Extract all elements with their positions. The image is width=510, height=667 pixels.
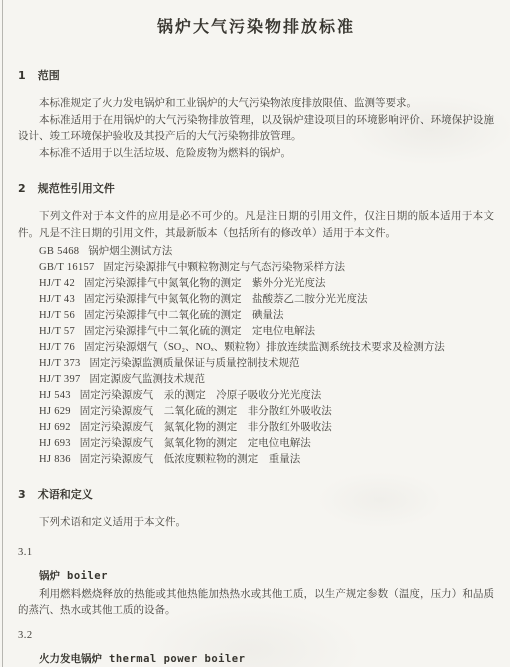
term-3-2-en: thermal power boiler (109, 653, 245, 665)
reference-title: 固定污染源排气中氮氧化物的测定 盐酸萘乙二胺分光光度法 (84, 294, 368, 305)
reference-code: GB 5468 (39, 246, 79, 257)
reference-code: HJ/T 43 (39, 294, 75, 305)
reference-item: HJ/T 56固定污染源排气中二氧化硫的测定 碘量法 (18, 308, 494, 324)
section-3-heading: 3术语和定义 (18, 486, 494, 502)
reference-item: HJ 836固定污染源废气 低浓度颗粒物的测定 重量法 (18, 452, 494, 468)
scope-paragraph-2: 本标准适用于在用锅炉的大气污染物排放管理，以及锅炉建设项目的环境影响评价、环境保… (18, 113, 494, 146)
reference-code: HJ/T 56 (39, 310, 75, 321)
reference-item: HJ 543固定污染源废气 汞的测定 冷原子吸收分光光度法 (18, 388, 494, 404)
section-2-title: 规范性引用文件 (38, 182, 115, 195)
reference-title: 固定污染源废气 二氧化硫的测定 非分散红外吸收法 (80, 406, 332, 417)
reference-title: 固定污染源废气 氮氧化物的测定 定电位电解法 (80, 438, 311, 449)
reference-code: HJ/T 57 (39, 326, 75, 337)
reference-title: 固定污染源废气 汞的测定 冷原子吸收分光光度法 (80, 390, 322, 401)
term-3-2-zh: 火力发电锅炉 (39, 653, 102, 665)
reference-title: 固定污染源排气中二氧化硫的测定 碘量法 (84, 310, 284, 321)
references-list: GB 5468锅炉烟尘测试方法 GB/T 16157固定污染源排气中颗粒物测定与… (18, 244, 494, 468)
reference-code: HJ/T 76 (39, 342, 75, 353)
term-3-1-definition: 利用燃料燃烧释放的热能或其他热能加热热水或其他工质，以生产规定参数（温度，压力）… (18, 587, 494, 620)
reference-item: HJ/T 397固定源废气监测技术规范 (18, 372, 494, 388)
reference-title: 固定污染源排气中颗粒物测定与气态污染物采样方法 (104, 262, 346, 273)
term-3-1-zh: 锅炉 (39, 570, 60, 582)
section-1-number: 1 (18, 69, 26, 82)
reference-title: 锅炉烟尘测试方法 (88, 246, 172, 257)
reference-title: 固定污染源监测质量保证与质量控制技术规范 (90, 358, 300, 369)
section-2-heading: 2规范性引用文件 (18, 180, 494, 196)
reference-code: HJ 629 (39, 406, 71, 417)
references-intro: 下列文件对于本文件的应用是必不可少的。凡是注日期的引用文件，仅注日期的版本适用于… (18, 209, 494, 242)
term-3-2: 火力发电锅炉thermal power boiler (18, 652, 494, 666)
reference-code: HJ 692 (39, 422, 71, 433)
scope-paragraph-1: 本标准规定了火力发电锅炉和工业锅炉的大气污染物浓度排放限值、监测等要求。 (18, 96, 494, 113)
reference-item: HJ/T 373固定污染源监测质量保证与质量控制技术规范 (18, 356, 494, 372)
reference-item: HJ 629固定污染源废气 二氧化硫的测定 非分散红外吸收法 (18, 404, 494, 420)
reference-title: 固定源废气监测技术规范 (90, 374, 206, 385)
page-title: 锅炉大气污染物排放标准 (18, 14, 494, 37)
section-3-number: 3 (18, 488, 26, 501)
scan-edge-line (2, 0, 3, 667)
term-number-3-1: 3.1 (18, 546, 494, 560)
section-3-title: 术语和定义 (38, 488, 93, 501)
reference-code: HJ 543 (39, 390, 71, 401)
reference-item: HJ 693固定污染源废气 氮氧化物的测定 定电位电解法 (18, 436, 494, 452)
reference-title: 固定污染源烟气（SO₂、NOₓ、颗粒物）排放连续监测系统技术要求及检测方法 (84, 342, 445, 353)
term-3-1-en: boiler (67, 570, 108, 582)
section-1-heading: 1范围 (18, 67, 494, 83)
reference-item: HJ 692固定污染源废气 氮氧化物的测定 非分散红外吸收法 (18, 420, 494, 436)
reference-code: HJ/T 373 (39, 358, 81, 369)
term-3-1: 锅炉boiler (18, 569, 494, 583)
terms-intro: 下列术语和定义适用于本文件。 (18, 515, 494, 532)
reference-item: GB/T 16157固定污染源排气中颗粒物测定与气态污染物采样方法 (18, 260, 494, 276)
reference-title: 固定污染源排气中氮氧化物的测定 紫外分光光度法 (84, 278, 326, 289)
reference-item: HJ/T 43固定污染源排气中氮氧化物的测定 盐酸萘乙二胺分光光度法 (18, 292, 494, 308)
reference-code: HJ/T 42 (39, 278, 75, 289)
section-1-title: 范围 (38, 69, 60, 82)
reference-code: HJ 693 (39, 438, 71, 449)
reference-item: HJ/T 57固定污染源排气中二氧化硫的测定 定电位电解法 (18, 324, 494, 340)
reference-title: 固定污染源废气 低浓度颗粒物的测定 重量法 (80, 454, 301, 465)
reference-item: HJ/T 76固定污染源烟气（SO₂、NOₓ、颗粒物）排放连续监测系统技术要求及… (18, 340, 494, 356)
reference-title: 固定污染源废气 氮氧化物的测定 非分散红外吸收法 (80, 422, 332, 433)
reference-title: 固定污染源排气中二氧化硫的测定 定电位电解法 (84, 326, 315, 337)
scope-paragraph-3: 本标准不适用于以生活垃圾、危险废物为燃料的锅炉。 (18, 146, 494, 163)
reference-item: HJ/T 42固定污染源排气中氮氧化物的测定 紫外分光光度法 (18, 276, 494, 292)
document-page: 锅炉大气污染物排放标准 1范围 本标准规定了火力发电锅炉和工业锅炉的大气污染物浓… (0, 0, 510, 667)
reference-code: HJ/T 397 (39, 374, 81, 385)
reference-code: HJ 836 (39, 454, 71, 465)
reference-item: GB 5468锅炉烟尘测试方法 (18, 244, 494, 260)
section-2-number: 2 (18, 182, 26, 195)
reference-code: GB/T 16157 (39, 262, 95, 273)
term-number-3-2: 3.2 (18, 629, 494, 643)
